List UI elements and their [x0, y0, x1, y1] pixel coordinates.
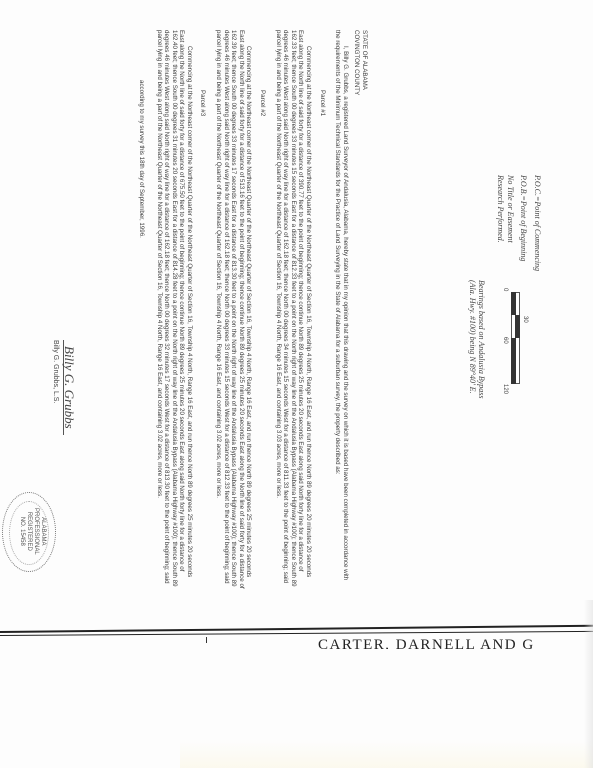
scale-label-0: 0 — [502, 288, 508, 291]
legend: P.O.C.=Point of Commencing P.O.B.=Point … — [496, 175, 542, 271]
title-block-divider — [206, 637, 207, 643]
certification-paragraph: I, Billy G. Grubbs, a registered Land Su… — [334, 30, 349, 590]
survey-description: STATE OF ALABAMA COVINGTON COUNTY I, Bil… — [137, 30, 368, 590]
scale-label-30: 30 — [522, 316, 528, 323]
closing-statement: according to my survey this 18th day of … — [137, 80, 145, 590]
seal-line-state: ALABAMA — [39, 508, 46, 555]
paper-stain — [180, 740, 593, 768]
legend-poc: P.O.C.=Point of Commencing — [533, 175, 543, 271]
state-heading: STATE OF ALABAMA — [361, 30, 368, 90]
parcel-3-description: Commencing at the Northeast corner of th… — [155, 30, 193, 590]
seal-line-registered: REGISTERED — [25, 508, 32, 555]
surveyor-name: Billy G. Grubbs, L.S. — [51, 340, 60, 435]
legend-pob: P.O.B.=Point of Beginning — [519, 175, 529, 271]
parcel-3-title: Parcel #3 — [199, 90, 207, 590]
signature-block: Billy G. Grubbs Billy G. Grubbs, L.S. — [51, 340, 74, 435]
seal-line-professional: PROFESSIONAL — [32, 508, 39, 555]
bearing-note-line1: Bearings based on Andalusia Bypass — [477, 280, 486, 399]
bearing-note: Bearings based on Andalusia Bypass (Ala.… — [468, 280, 486, 399]
company-name: CARTER, DARNELL AND G — [318, 637, 593, 649]
bearing-note-line2: (Ala. Hwy. #100) being N 89°40' E. — [468, 280, 477, 399]
parcel-2-title: Parcel #2 — [258, 90, 266, 590]
scale-bar — [510, 292, 520, 384]
legend-note-line2: Research Performed. — [496, 175, 506, 271]
parcel-1-description: Commencing at the Northeast corner of th… — [274, 30, 312, 590]
scale-label-120: 120 — [502, 384, 508, 394]
paper-edge-shadow — [584, 600, 593, 768]
scale-label-60: 60 — [502, 337, 508, 344]
seal-line-number: NO. 15458 — [18, 508, 25, 555]
scanned-survey-page: P.O.C.=Point of Commencing P.O.B.=Point … — [0, 0, 593, 768]
handwritten-signature: Billy G. Grubbs — [63, 340, 74, 435]
legend-note-line1: No Title or Easement — [506, 175, 516, 271]
parcel-1-title: Parcel #1 — [318, 90, 326, 590]
seal-text: ALABAMA PROFESSIONAL REGISTERED NO. 1545… — [18, 508, 46, 555]
parcel-2-description: Commencing at the Northeast corner of th… — [215, 30, 253, 590]
county-heading: COVINGTON COUNTY — [353, 30, 360, 95]
